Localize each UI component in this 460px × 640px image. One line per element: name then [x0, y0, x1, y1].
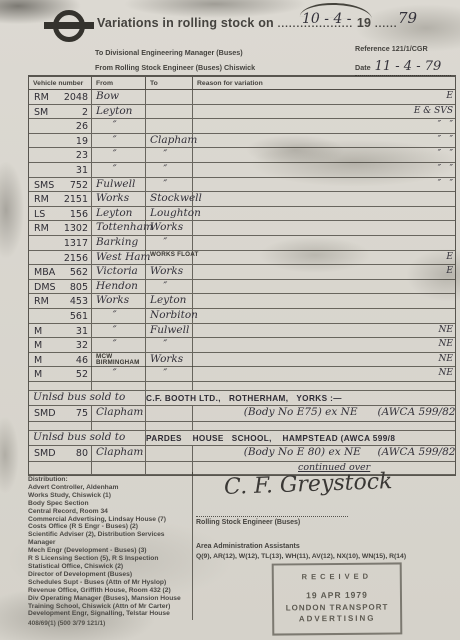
- vehicle-number: 2151: [64, 194, 88, 206]
- distribution-item: Commercial Advertising, Lindsay House (7…: [28, 516, 190, 524]
- handwritten-day-month: 10 - 4 -: [302, 11, 352, 27]
- distribution-item: R S Licensing Section (5), R S Inspectio…: [28, 555, 190, 563]
- reason-cell: New bus licensed, (as ″ ″ ) NE: [193, 338, 455, 352]
- status-flag: E & SVS: [414, 105, 453, 119]
- stamp-date: 19 APR 1979: [274, 589, 400, 600]
- scanned-form-page: { "colors": {"paper":"#dcd9d2","printed_…: [0, 0, 460, 640]
- vehicle-cell: LS 156: [29, 207, 92, 221]
- to-cell: [146, 119, 193, 133]
- column-header-vehicle-number: Vehicle number: [29, 77, 92, 89]
- status-flag: NE: [439, 353, 453, 367]
- table-header-row: Vehicle number From To Reason for variat…: [29, 77, 455, 90]
- reason-cell: Overhaul delicensed E: [193, 251, 455, 265]
- to-cell: ″: [146, 338, 193, 352]
- status-flag: E: [446, 265, 453, 279]
- vehicle-number: 805: [70, 282, 88, 294]
- to-cell: ″: [146, 163, 193, 177]
- vehicle-number: 562: [70, 267, 88, 279]
- vehicle-prefix: RM: [34, 194, 49, 206]
- status-flag: ″ ″: [438, 148, 453, 162]
- to-cell: [146, 105, 193, 119]
- reason-cell: ″ overhaul: [193, 221, 455, 235]
- table-row: 26 ″ ″ ″ ″: [29, 119, 455, 134]
- vehicle-cell: SMD 80: [29, 446, 92, 461]
- from-cell: Tottenham: [92, 221, 146, 235]
- table-row: RM 1302 Tottenham Works ″ overhaul: [29, 221, 455, 236]
- distribution-list: Distribution: Advert Controller, Aldenha…: [28, 476, 190, 618]
- sold-label: Unlsd bus sold to: [29, 431, 146, 446]
- column-divider: [192, 472, 193, 620]
- spacer-row: [29, 382, 455, 391]
- vehicle-cell: M 32: [29, 338, 92, 352]
- table-row: 561 ″ Norbiton ″ ″: [29, 309, 455, 324]
- to-cell: ″: [146, 280, 193, 294]
- sold-label: Unlsd bus sold to: [29, 391, 146, 406]
- table-row: DMS 805 Hendon ″ Licensed repaint: [29, 280, 455, 295]
- reason-cell: Transferred & delicensed ″ ″: [193, 134, 455, 148]
- date-line: Date11 - 4 - 79: [355, 59, 451, 76]
- spacer-row: [29, 422, 455, 431]
- vehicle-number: 752: [70, 180, 88, 192]
- status-flag: ″ ″: [438, 119, 453, 133]
- distribution-item: Revenue Office, Griffith House, Room 432…: [28, 587, 190, 595]
- vehicle-cell: RM 453: [29, 294, 92, 308]
- table-row: 19 ″ Clapham Transferred & delicensed ″ …: [29, 134, 455, 149]
- distribution-item: Works Study, Chiswick (1): [28, 492, 190, 500]
- sold-block-a-detail-row: SMD 75 Clapham (Body No E75) ex NE (AWCA…: [29, 406, 455, 422]
- vehicle-prefix: SMD: [34, 448, 56, 461]
- distribution-item: Director of Development (Buses): [28, 571, 190, 579]
- from-cell: Hendon: [92, 280, 146, 294]
- to-cell: ″: [146, 148, 193, 162]
- from-cell: ″: [92, 134, 146, 148]
- distribution-item: Costs Office (R S Engr - Buses) (2): [28, 523, 190, 531]
- footer-section: Distribution: Advert Controller, Aldenha…: [28, 472, 456, 640]
- distribution-item: Schedules Supt - Buses (Attn of Mr Hyslo…: [28, 579, 190, 587]
- sold-block-a-header-row: Unlsd bus sold to C.F. BOOTH LTD., ROTHE…: [29, 391, 455, 407]
- spacer-cell: [193, 422, 455, 430]
- status-flag: E: [446, 251, 453, 265]
- column-header-to: To: [146, 77, 193, 89]
- to-cell: [146, 90, 193, 104]
- reason-cell: Licensed repaint: [193, 280, 455, 294]
- vehicle-number: 23: [76, 150, 88, 162]
- to-cell: Leyton: [146, 294, 193, 308]
- table-row: MBA 562 Victoria Works ″ ″ E: [29, 265, 455, 280]
- to-cell: Norbiton: [146, 309, 193, 323]
- table-row: M 32 ″ ″ New bus licensed, (as ″ ″ ) NE: [29, 338, 455, 353]
- vehicle-cell: M 52: [29, 367, 92, 381]
- table-row: M 52 ″ ″ ″ ″ ″ ″ ( ″ 212018 ) NE: [29, 367, 455, 382]
- stamp-org-line1: LONDON TRANSPORT: [274, 602, 400, 612]
- from-cell: ″: [92, 163, 146, 177]
- vehicle-number: 561: [70, 311, 88, 323]
- distribution-heading: Distribution:: [28, 476, 190, 484]
- to-cell: ″: [146, 367, 193, 381]
- table-row: SMS 752 Fulwell ″ Unlicensed transfer ″ …: [29, 178, 455, 193]
- vehicle-cell: 23: [29, 148, 92, 162]
- vehicle-number: 52: [76, 369, 88, 381]
- vehicle-number: 19: [76, 136, 88, 148]
- spacer-cell: [146, 422, 193, 430]
- sold-block-b-header-row: Unlsd bus sold to PARDES HOUSE SCHOOL, H…: [29, 431, 455, 447]
- form-code: 408/69(1) (500 3/79 121/1): [28, 620, 105, 627]
- vehicle-cell: SM 2: [29, 105, 92, 119]
- vehicle-prefix: M: [34, 340, 42, 352]
- status-flag: NE: [439, 324, 453, 338]
- from-cell: ″: [92, 148, 146, 162]
- from-cell: Fulwell: [92, 178, 146, 192]
- form-title: Variations in rolling stock on: [97, 16, 274, 30]
- distribution-item: Central Record, Room 34: [28, 508, 190, 516]
- reference: Reference 121/1/CGR: [355, 44, 451, 53]
- distribution-item: Statistical Office, Chiswick (2): [28, 563, 190, 571]
- from-cell: ″: [92, 338, 146, 352]
- status-flag: ″ ″: [438, 163, 453, 177]
- address-block: To Divisional Engineering Manager (Buses…: [95, 45, 255, 75]
- vehicle-cell: RM 1302: [29, 221, 92, 235]
- column-header-reason: Reason for variation: [193, 77, 455, 89]
- vehicle-cell: M 31: [29, 324, 92, 338]
- vehicle-prefix: SM: [34, 107, 48, 119]
- sold-details: (Body No E 80) ex NE (AWCA 599/824): [193, 446, 455, 461]
- table-row: 1317 Barking ″ ″ ″: [29, 236, 455, 251]
- vehicle-prefix: MBA: [34, 267, 55, 279]
- signature-area: C. F. Greystock Rolling Stock Engineer (…: [196, 472, 456, 640]
- to-line: To Divisional Engineering Manager (Buses…: [95, 45, 255, 60]
- reason-cell: Delicensed Acc. E: [193, 90, 455, 104]
- status-flag: NE: [439, 338, 453, 352]
- vehicle-prefix: SMD: [34, 408, 56, 421]
- from-cell: ″: [92, 119, 146, 133]
- table-row: RM 2151 Works Stockwell Licensed ″: [29, 192, 455, 207]
- distribution-item: Body Spec Section: [28, 500, 190, 508]
- vehicle-prefix: RM: [34, 92, 49, 104]
- to-cell: Works: [146, 221, 193, 235]
- reason-cell: ″ E & SVS: [193, 105, 455, 119]
- vehicle-cell: DMS 805: [29, 280, 92, 294]
- to-cell: Stockwell: [146, 192, 193, 206]
- reference-block: Reference 121/1/CGR Date11 - 4 - 79: [355, 44, 451, 76]
- spacer-cell: [92, 382, 146, 390]
- rolling-stock-table: Vehicle number From To Reason for variat…: [28, 75, 456, 476]
- from-cell: Clapham: [92, 406, 146, 421]
- reason-cell: ″ ″: [193, 207, 455, 221]
- from-cell: Barking: [92, 236, 146, 250]
- signature-role: Rolling Stock Engineer (Buses): [196, 519, 300, 526]
- to-cell: Loughton: [146, 207, 193, 221]
- vehicle-number: 2048: [64, 92, 88, 104]
- table-row: M 31 ″ Fulwell ″ Transfer (to HACK: TRAI…: [29, 324, 455, 339]
- reason-cell: ″ ″: [193, 236, 455, 250]
- vehicle-cell: 19: [29, 134, 92, 148]
- reason-cell: ″ Transfer (to HACK: TRAINER ) NE: [193, 324, 455, 338]
- reason-cell: Licensed ″: [193, 192, 455, 206]
- table-row: RM 453 Works Leyton ″ ″: [29, 294, 455, 309]
- column-header-from: From: [92, 77, 146, 89]
- vehicle-prefix: SMS: [34, 180, 54, 192]
- distribution-item: Development Engr, Signalling, Telstar Ho…: [28, 610, 190, 618]
- from-cell: Bow: [92, 90, 146, 104]
- area-assistants-codes: Q(9), AR(12), W(12), TL(13), WH(11), AV(…: [196, 553, 456, 560]
- spacer-cell: [193, 382, 455, 390]
- reason-cell: ″ ″ ″ ″ ″: [193, 163, 455, 177]
- to-cell: Works: [146, 353, 193, 367]
- vehicle-cell: 31: [29, 163, 92, 177]
- signature-dotted-line: [196, 516, 348, 517]
- distribution-item: Advert Controller, Aldenham: [28, 484, 190, 492]
- from-cell: ″: [92, 324, 146, 338]
- vehicle-cell: 561: [29, 309, 92, 323]
- table-row: M 46 MCW BIRMINGHAM Works New bus into s…: [29, 353, 455, 368]
- vehicle-number: 2156: [64, 253, 88, 265]
- sold-details: (Body No E75) ex NE (AWCA 599/824): [193, 406, 455, 421]
- vehicle-prefix: M: [34, 355, 42, 367]
- to-cell: Fulwell: [146, 324, 193, 338]
- vehicle-cell: 26: [29, 119, 92, 133]
- london-transport-roundel-icon: [44, 10, 94, 42]
- from-cell: Leyton: [92, 105, 146, 119]
- area-assistants-heading: Area Administration Assistants: [196, 543, 300, 550]
- vehicle-cell: M 46: [29, 353, 92, 367]
- distribution-item: Training School, Chiswick (Attn of Mr Ca…: [28, 603, 190, 611]
- to-cell: [146, 406, 193, 421]
- vehicle-prefix: LS: [34, 209, 45, 221]
- vehicle-number: 46: [76, 355, 88, 367]
- distribution-item: Div Operating Manager (Buses), Mansion H…: [28, 595, 190, 603]
- from-line: From Rolling Stock Engineer (Buses) Chis…: [95, 60, 255, 75]
- to-cell: Works: [146, 265, 193, 279]
- vehicle-number: 26: [76, 121, 88, 133]
- reason-cell: ″ ″ E: [193, 265, 455, 279]
- vehicle-cell: MBA 562: [29, 265, 92, 279]
- spacer-cell: [29, 382, 92, 390]
- to-cell: ″: [146, 236, 193, 250]
- vehicle-prefix: RM: [34, 223, 49, 235]
- from-cell: MCW BIRMINGHAM: [92, 353, 146, 367]
- from-cell: Clapham: [92, 446, 146, 461]
- vehicle-number: 75: [76, 408, 88, 421]
- from-cell: West Ham: [92, 251, 146, 265]
- spacer-cell: [146, 382, 193, 390]
- status-flag: ″ ″: [438, 134, 453, 148]
- stamp-received-text: RECEIVED: [274, 571, 400, 581]
- reason-cell: ″ ″: [193, 309, 455, 323]
- reason-cell: ″ ″ ″ ″ ″: [193, 148, 455, 162]
- table-row: 23 ″ ″ ″ ″ ″ ″ ″: [29, 148, 455, 163]
- distribution-item: Scientific Adviser (2), Distribution Ser…: [28, 531, 190, 547]
- status-flag: ″ ″: [438, 178, 453, 192]
- to-cell: ″: [146, 178, 193, 192]
- reason-cell: Unlicensed transfer ″ ″: [193, 178, 455, 192]
- sold-block-b-detail-row: SMD 80 Clapham (Body No E 80) ex NE (AWC…: [29, 446, 455, 462]
- reason-cell: New bus into stock (Eng No 212021 ) NE: [193, 353, 455, 367]
- reason-cell: ″ ″ ″: [193, 119, 455, 133]
- from-cell: Victoria: [92, 265, 146, 279]
- vehicle-cell: RM 2151: [29, 192, 92, 206]
- vehicle-prefix: DMS: [34, 282, 56, 294]
- handwritten-year: 79: [398, 9, 417, 27]
- from-cell: ″: [92, 309, 146, 323]
- stamp-org-line2: ADVERTISING: [274, 613, 400, 623]
- date-label: Date: [355, 63, 371, 72]
- received-stamp: RECEIVED 19 APR 1979 LONDON TRANSPORT AD…: [272, 562, 403, 635]
- roundel-bar: [44, 22, 94, 29]
- vehicle-number: 31: [76, 326, 88, 338]
- handwritten-date: 11 - 4 - 79: [375, 59, 442, 74]
- buyer-name: PARDES HOUSE SCHOOL, HAMPSTEAD (AWCA 599…: [146, 431, 455, 446]
- from-cell: Leyton: [92, 207, 146, 221]
- reason-cell: ″ ″: [193, 294, 455, 308]
- to-cell: WORKS FLOAT: [146, 251, 193, 265]
- buyer-name: C.F. BOOTH LTD., ROTHERHAM, YORKS :—: [146, 391, 455, 406]
- vehicle-number: 2: [82, 107, 88, 119]
- vehicle-number: 32: [76, 340, 88, 352]
- vehicle-cell: SMS 752: [29, 178, 92, 192]
- spacer-cell: [92, 422, 146, 430]
- distribution-item: Mech Engr (Development - Buses) (3): [28, 547, 190, 555]
- from-cell: Works: [92, 192, 146, 206]
- vehicle-number: 156: [70, 209, 88, 221]
- to-cell: [146, 446, 193, 461]
- table-row: 31 ″ ″ ″ ″ ″ ″ ″: [29, 163, 455, 178]
- spacer-cell: [29, 422, 92, 430]
- vehicle-cell: 1317: [29, 236, 92, 250]
- vehicle-number: 1302: [64, 223, 88, 235]
- reason-cell: ″ ″ ″ ″ ( ″ 212018 ) NE: [193, 367, 455, 381]
- signature: C. F. Greystock: [224, 469, 393, 500]
- status-flag: NE: [439, 367, 453, 381]
- to-cell: Clapham: [146, 134, 193, 148]
- vehicle-cell: RM 2048: [29, 90, 92, 104]
- table-row: 2156 West Ham WORKS FLOAT Overhaul delic…: [29, 251, 455, 266]
- status-flag: E: [446, 90, 453, 104]
- title-dotted-leader-2: ......: [375, 19, 398, 30]
- vehicle-number: 1317: [64, 238, 88, 250]
- vehicle-cell: SMD 75: [29, 406, 92, 421]
- vehicle-prefix: RM: [34, 296, 49, 308]
- table-row: SM 2 Leyton ″ E & SVS: [29, 105, 455, 120]
- from-cell: Works: [92, 294, 146, 308]
- vehicle-number: 80: [76, 448, 88, 461]
- vehicle-number: 31: [76, 165, 88, 177]
- from-cell: ″: [92, 367, 146, 381]
- table-row: LS 156 Leyton Loughton ″ ″: [29, 207, 455, 222]
- vehicle-prefix: M: [34, 326, 42, 338]
- vehicle-prefix: M: [34, 369, 42, 381]
- vehicle-number: 453: [70, 296, 88, 308]
- table-row: RM 2048 Bow Delicensed Acc. E: [29, 90, 455, 105]
- vehicle-cell: 2156: [29, 251, 92, 265]
